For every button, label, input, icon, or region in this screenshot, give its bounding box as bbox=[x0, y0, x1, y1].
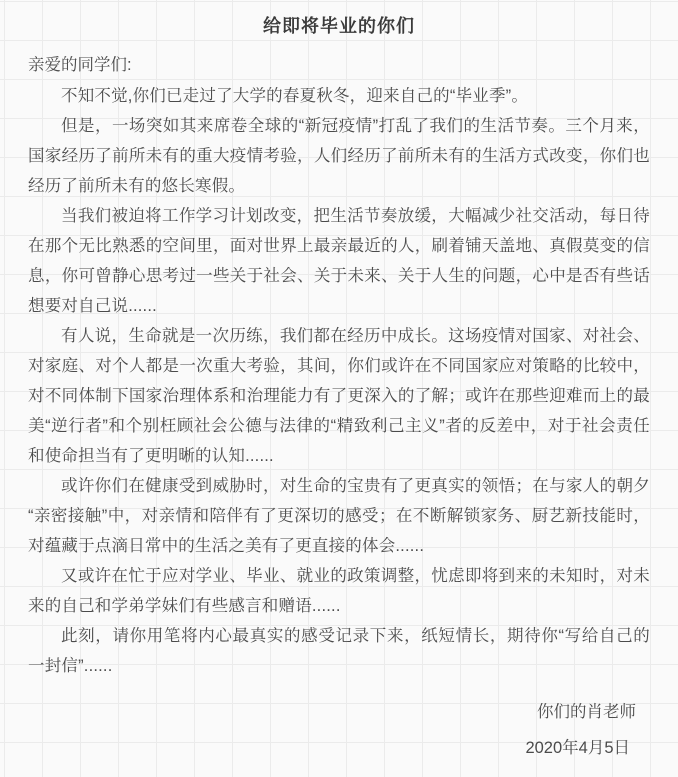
signature: 你们的肖老师 bbox=[28, 697, 636, 727]
date: 2020年4月5日 bbox=[28, 733, 636, 763]
body-paragraph-7: 此刻，请你用笔将内心最真实的感受记录下来，纸短情长，期待你“写给自己的一封信”.… bbox=[28, 621, 650, 681]
body-paragraph-4: 有人说，生命就是一次历练，我们都在经历中成长。这场疫情对国家、对社会、对家庭、对… bbox=[28, 321, 650, 471]
body-paragraph-2: 但是，一场突如其来席卷全球的“新冠疫情”打乱了我们的生活节奏。三个月来，国家经历… bbox=[28, 111, 650, 201]
body-paragraph-1: 不知不觉,你们已走过了大学的春夏秋冬，迎来自己的“毕业季”。 bbox=[28, 81, 650, 111]
salutation: 亲爱的同学们: bbox=[28, 50, 650, 81]
signature-block: 你们的肖老师 2020年4月5日 bbox=[28, 697, 650, 763]
document-title: 给即将毕业的你们 bbox=[28, 12, 650, 40]
letter-page: 给即将毕业的你们 亲爱的同学们: 不知不觉,你们已走过了大学的春夏秋冬，迎来自己… bbox=[0, 0, 678, 777]
body-paragraph-3: 当我们被迫将工作学习计划改变，把生活节奏放缓，大幅减少社交活动，每日待在那个无比… bbox=[28, 201, 650, 321]
body-paragraph-5: 或许你们在健康受到威胁时，对生命的宝贵有了更真实的领悟；在与家人的朝夕“亲密接触… bbox=[28, 471, 650, 561]
body-paragraph-6: 又或许在忙于应对学业、毕业、就业的政策调整，忧虑即将到来的未知时，对未来的自己和… bbox=[28, 561, 650, 621]
